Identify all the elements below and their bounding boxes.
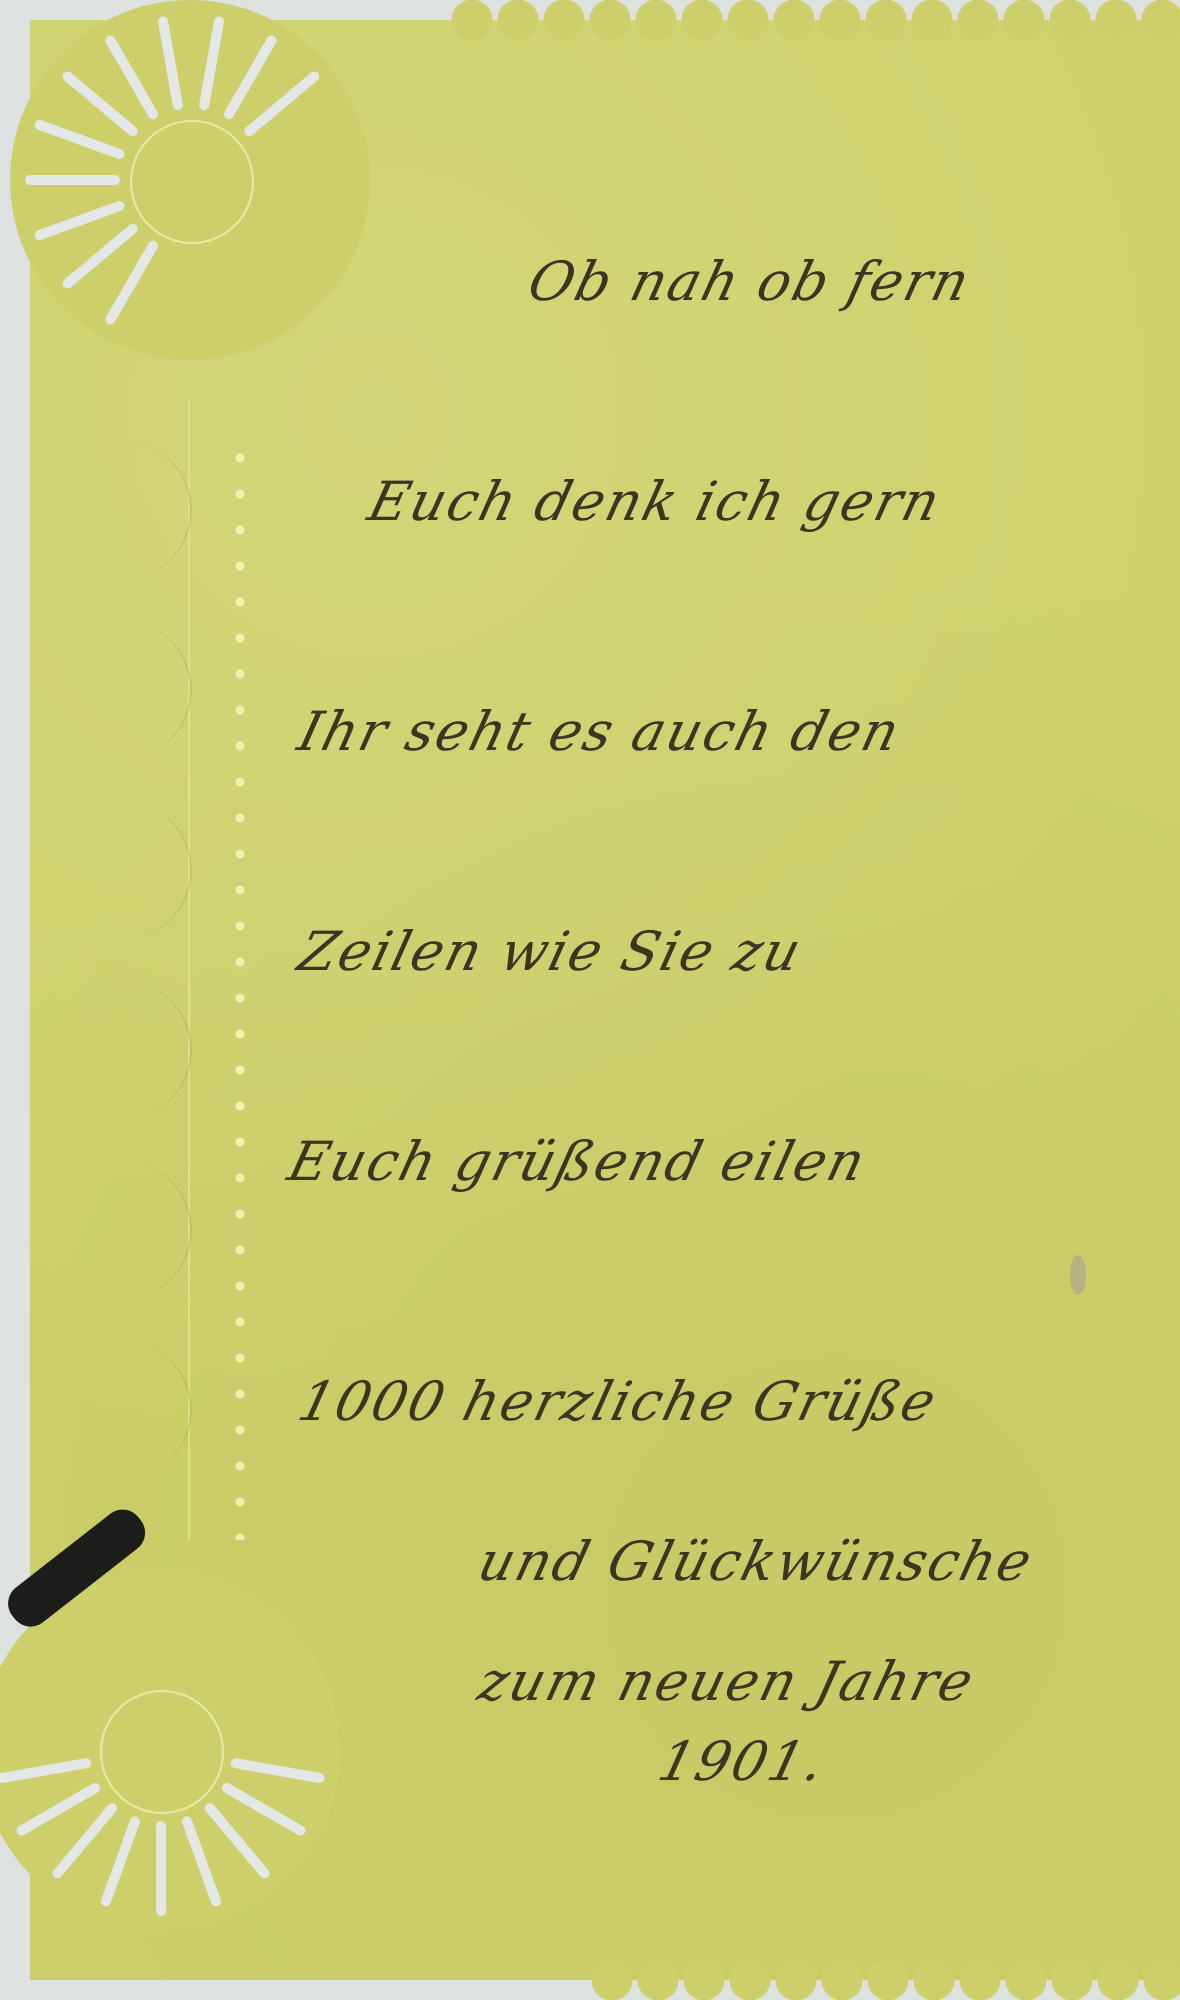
embossed-arc — [50, 800, 192, 940]
handwriting-year: 1901. — [652, 1730, 832, 1793]
handwriting-line-1: Ob nah ob fern — [522, 250, 977, 313]
embossed-arc — [50, 1160, 192, 1300]
handwriting-line-2: Euch denk ich gern — [362, 470, 948, 533]
embossed-arc — [50, 440, 192, 580]
paper-stain — [1070, 1255, 1086, 1295]
handwriting-line-6: 1000 herzliche Grüße — [292, 1370, 944, 1433]
top-left-rosette-cutout — [10, 0, 370, 360]
handwriting-line-8: zum neuen Jahre — [472, 1650, 981, 1713]
rosette-hub — [100, 1690, 224, 1814]
scalloped-top-edge — [450, 0, 1180, 42]
handwriting-line-4: Zeilen wie Sie zu — [292, 920, 809, 983]
embossed-arc — [50, 620, 192, 760]
embossed-arc — [50, 980, 192, 1120]
handwriting-line-5: Euch grüßend eilen — [282, 1130, 873, 1193]
scalloped-bottom-edge — [590, 1958, 1180, 2000]
embossed-arc — [50, 1340, 192, 1480]
handwriting-line-3: Ihr seht es auch den — [292, 700, 907, 763]
embossed-dotted-line — [235, 440, 245, 1540]
rosette-hub — [130, 120, 254, 244]
handwriting-line-7: und Glückwünsche — [472, 1530, 1040, 1593]
